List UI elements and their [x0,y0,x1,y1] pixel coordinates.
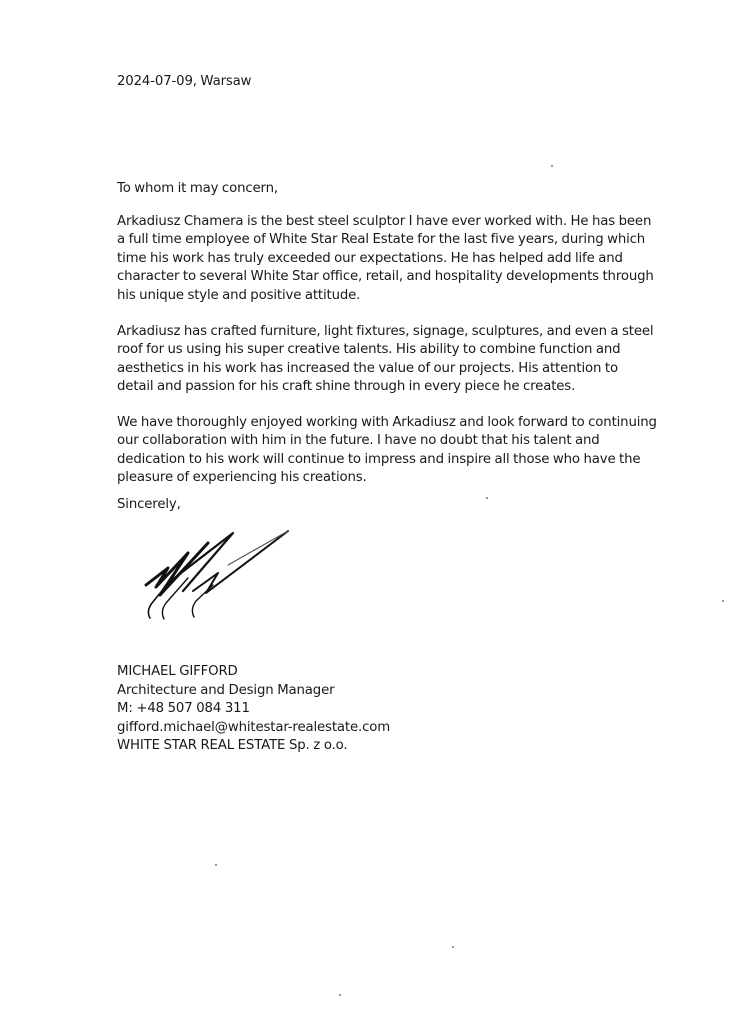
paragraph-line: character to several White Star office, … [117,268,737,286]
scan-speck [551,165,553,167]
scan-speck [215,864,217,866]
scan-speck [486,497,488,499]
signatory-phone: M: +48 507 084 311 [117,700,390,719]
paragraph-line: Arkadiusz has crafted furniture, light f… [117,323,737,341]
paragraph-1: Arkadiusz Chamera is the best steel scul… [117,213,737,305]
signatory-title: Architecture and Design Manager [117,682,390,701]
signatory-name: MICHAEL GIFFORD [117,663,390,682]
paragraph-line: aesthetics in his work has increased the… [117,360,737,378]
signatory-block: MICHAEL GIFFORD Architecture and Design … [117,663,390,756]
scan-speck [722,600,724,602]
paragraph-line: our collaboration with him in the future… [117,432,737,450]
paragraph-line: We have thoroughly enjoyed working with … [117,414,737,432]
closing: Sincerely, [117,496,181,515]
date-place: 2024-07-09, Warsaw [117,73,251,92]
paragraph-line: pleasure of experiencing his creations. [117,469,737,487]
scan-speck [339,994,341,996]
paragraph-line: roof for us using his super creative tal… [117,341,737,359]
paragraph-line: dedication to his work will continue to … [117,451,737,469]
paragraph-3: We have thoroughly enjoyed working with … [117,414,737,488]
signature-icon [138,523,298,628]
paragraph-2: Arkadiusz has crafted furniture, light f… [117,323,737,397]
signatory-company: WHITE STAR REAL ESTATE Sp. z o.o. [117,737,390,756]
paragraph-line: time his work has truly exceeded our exp… [117,250,737,268]
letter-page: 2024-07-09, Warsaw To whom it may concer… [0,0,744,1024]
salutation: To whom it may concern, [117,180,278,199]
paragraph-line: Arkadiusz Chamera is the best steel scul… [117,213,737,231]
paragraph-line: detail and passion for his craft shine t… [117,378,737,396]
scan-speck [452,946,454,948]
signatory-email[interactable]: gifford.michael@whitestar-realestate.com [117,719,390,738]
paragraph-line: his unique style and positive attitude. [117,287,737,305]
paragraph-line: a full time employee of White Star Real … [117,231,737,249]
